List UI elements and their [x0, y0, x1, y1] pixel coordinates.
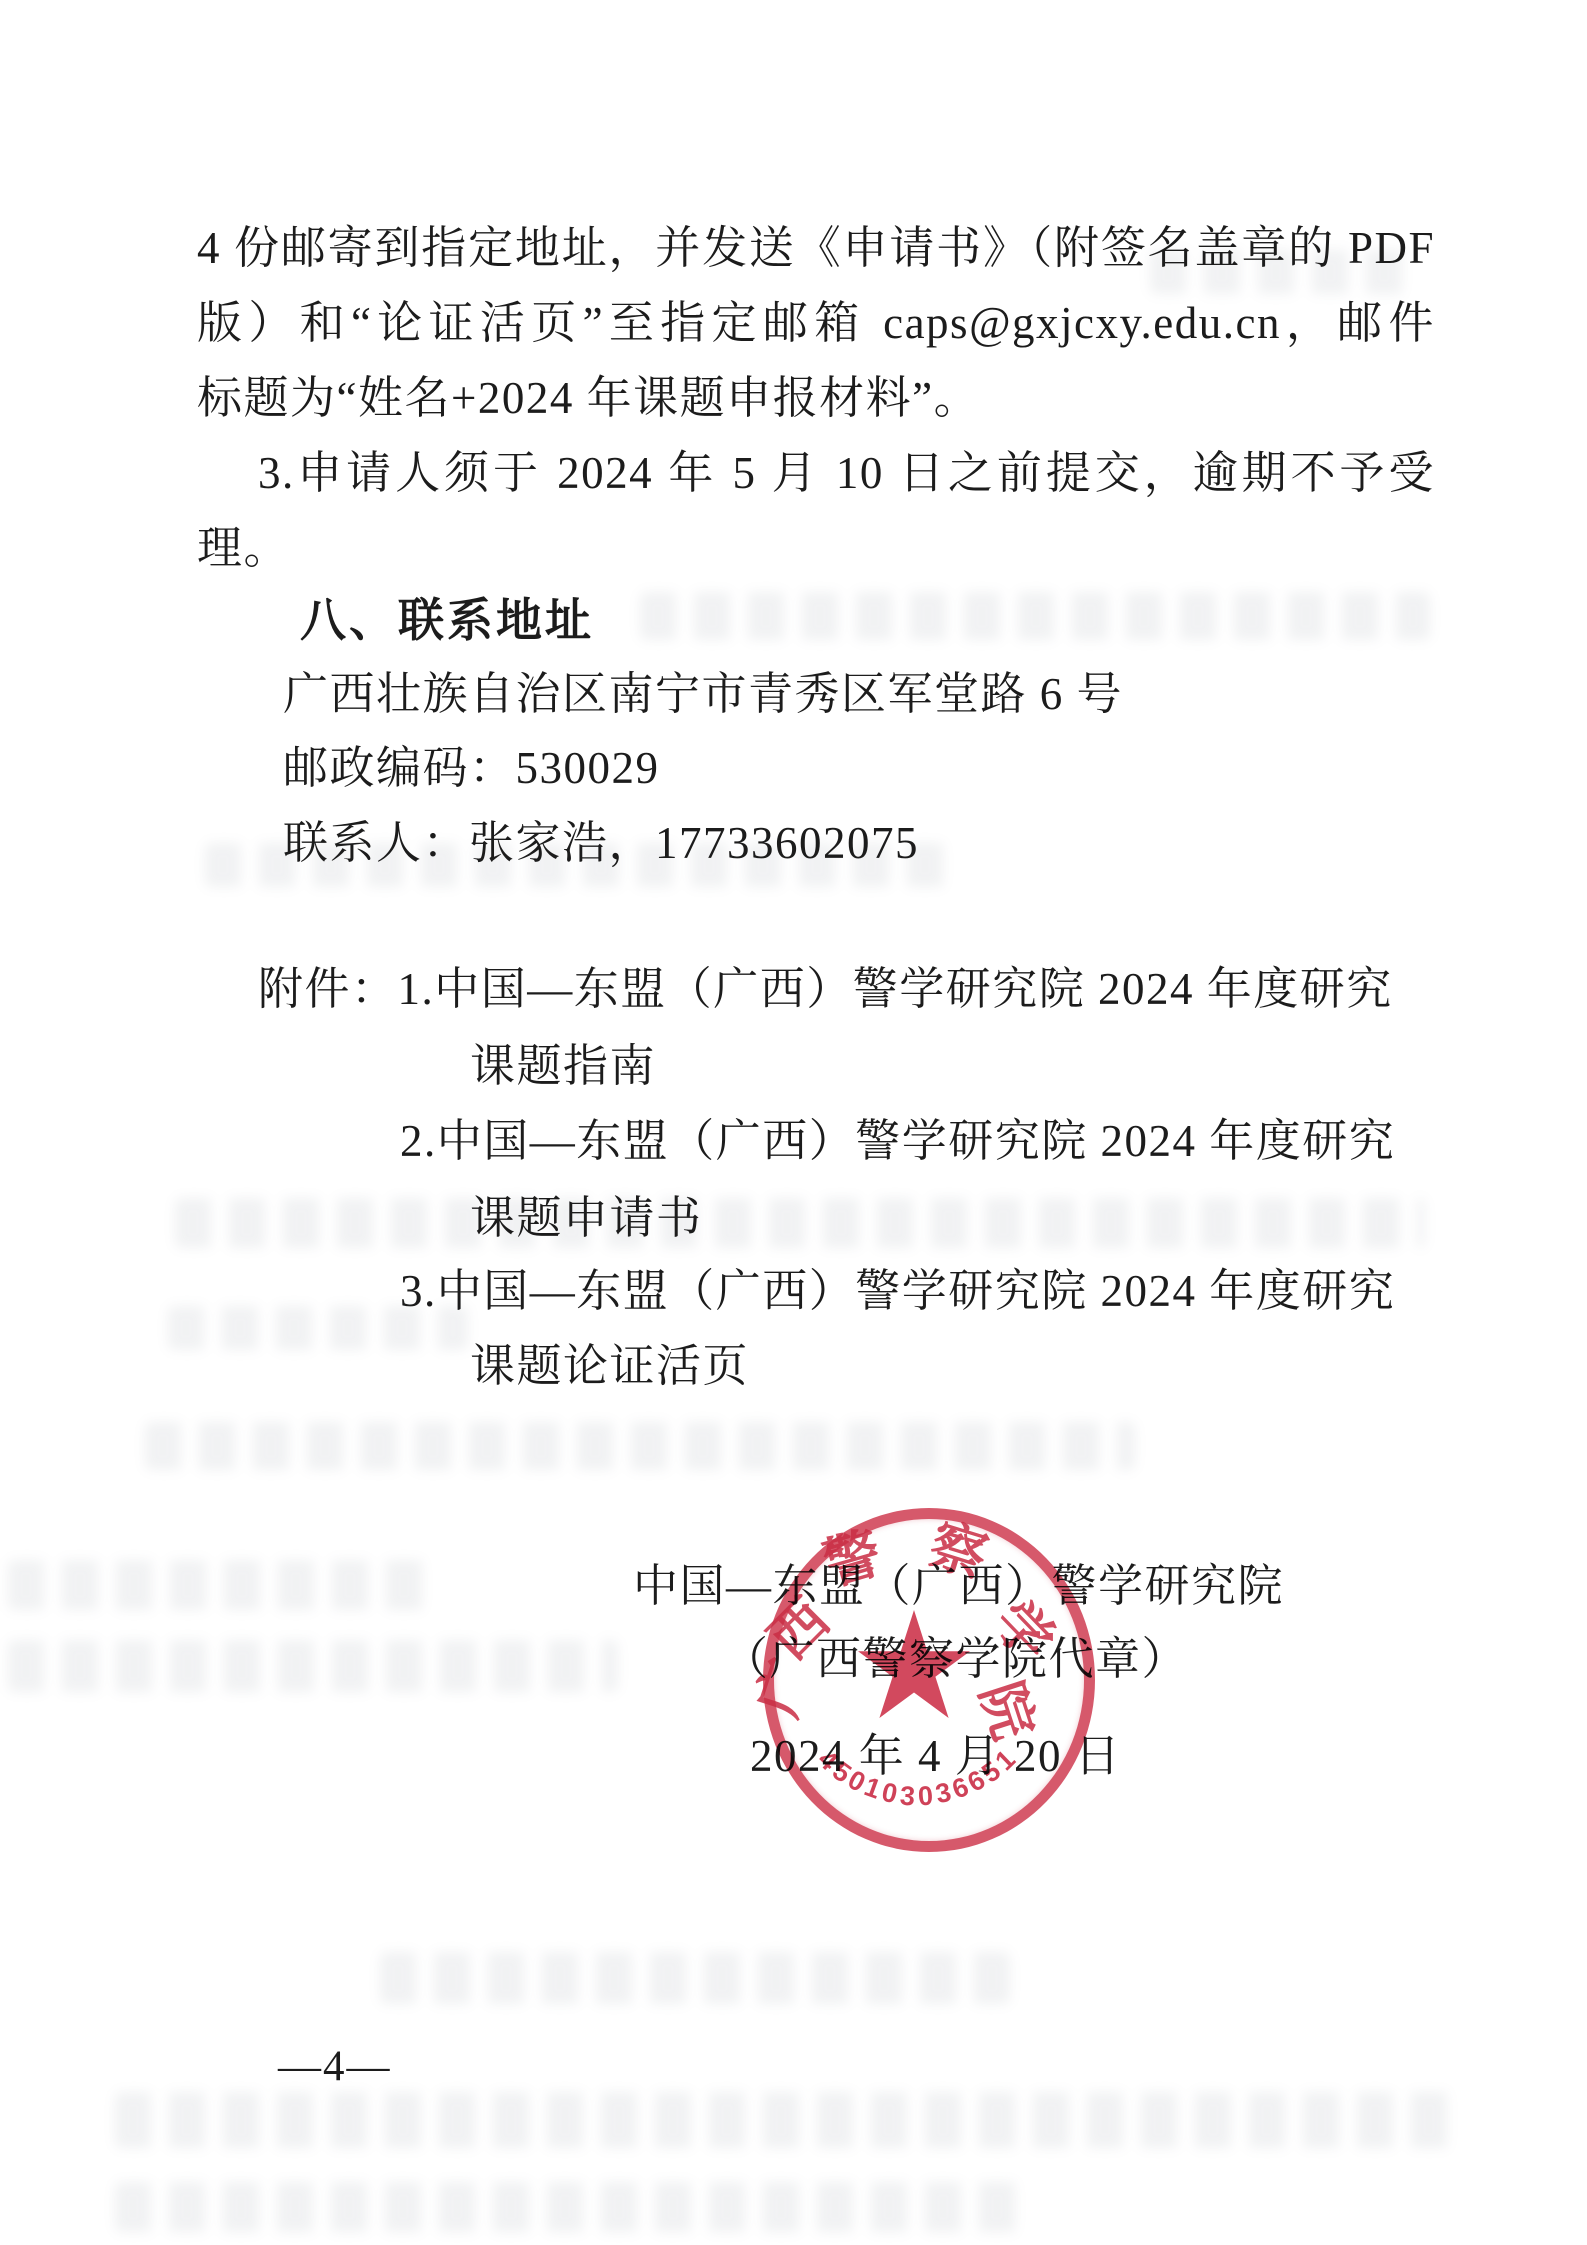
contact-heading: 八、联系地址: [300, 593, 594, 647]
para-submit-line2: 版）和“论证活页”至指定邮箱 caps@gxjcxy.edu.cn，邮件: [197, 297, 1435, 350]
attachment-3-title-line1: 中国—东盟（广西）警学研究院 2024 年度研究: [437, 1266, 1396, 1316]
attachment-1-title-line1: 中国—东盟（广西）警学研究院 2024 年度研究: [434, 964, 1393, 1014]
contact-address: 广西壮族自治区南宁市青秀区军堂路 6 号: [283, 668, 1123, 721]
signature-note: （广西警察学院代章）: [723, 1633, 1188, 1686]
bleedthrough-smudge: [8, 1560, 428, 1610]
para-deadline-line1: 3.申请人须于 2024 年 5 月 10 日之前提交，逾期不予受: [258, 447, 1435, 500]
document-page: 4 份邮寄到指定地址，并发送《申请书》（附签名盖章的 PDF 版）和“论证活页”…: [0, 0, 1587, 2245]
attachment-2-title-line1: 中国—东盟（广西）警学研究院 2024 年度研究: [437, 1116, 1396, 1166]
seal-serial-digit: 3: [899, 1780, 916, 1812]
para-submit-line1: 4 份邮寄到指定地址，并发送《申请书》（附签名盖章的 PDF: [197, 222, 1435, 275]
contact-person: 联系人：张家浩，17733602075: [283, 817, 919, 870]
bleedthrough-smudge: [380, 1952, 1010, 2004]
bleedthrough-smudge: [115, 2182, 1025, 2232]
attachment-3-no: 3.: [400, 1266, 437, 1316]
page-number: —4—: [278, 2042, 392, 2091]
attachment-1-no: 1.: [398, 964, 435, 1014]
bleedthrough-smudge: [115, 2092, 1455, 2148]
attachments-label: 附件：: [258, 964, 398, 1014]
bleedthrough-smudge: [175, 1198, 1425, 1248]
para-deadline-line2: 理。: [197, 522, 290, 575]
bleedthrough-smudge: [640, 592, 1430, 640]
signature-org: 中国—东盟（广西）警学研究院: [633, 1560, 1284, 1613]
contact-postal-code: 邮政编码：530029: [283, 742, 660, 795]
bleedthrough-smudge: [145, 1422, 1135, 1470]
para-submit-line3: 标题为“姓名+2024 年课题申报材料”。: [197, 372, 980, 425]
attachment-item-3: 3.中国—东盟（广西）警学研究院 2024 年度研究: [400, 1265, 1395, 1318]
attachment-2-no: 2.: [400, 1116, 437, 1166]
attachment-3-title-line2: 课题论证活页: [470, 1340, 749, 1393]
seal-serial-digit: 0: [917, 1780, 934, 1812]
attachment-item-2: 2.中国—东盟（广西）警学研究院 2024 年度研究: [400, 1115, 1395, 1168]
attachment-2-title-line2: 课题申请书: [470, 1192, 703, 1245]
signature-date: 2024 年 4 月 20 日: [750, 1730, 1121, 1783]
attachment-item-1: 附件：1.中国—东盟（广西）警学研究院 2024 年度研究: [258, 963, 1393, 1016]
attachment-1-title-line2: 课题指南: [470, 1040, 656, 1093]
bleedthrough-smudge: [8, 1640, 618, 1692]
